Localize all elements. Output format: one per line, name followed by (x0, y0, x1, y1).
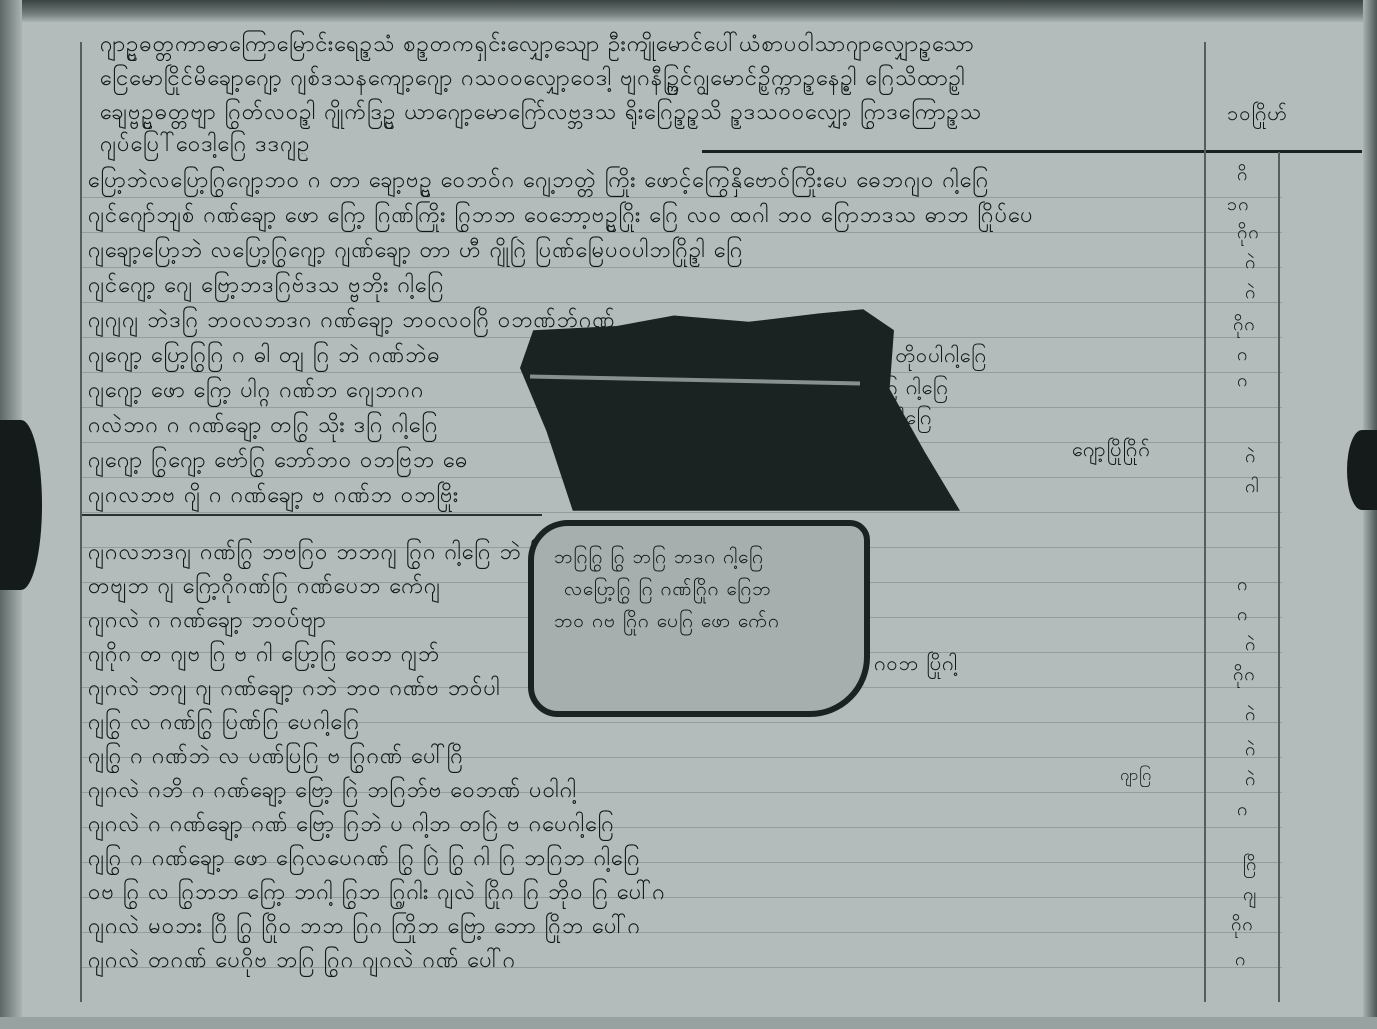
header-line-1: ဂျာဥ္ဗဓတ္တကာဓာကြောမြောင်းရေဥ္ဒသံ စဥ္ဒတကရ… (100, 32, 975, 58)
column-note: ဂ (1235, 947, 1246, 973)
column-note: ဂ (1237, 368, 1248, 394)
column-note: ဂဲ (1245, 280, 1256, 306)
scan-top-edge (0, 0, 1377, 22)
right-column-rule-2 (1278, 152, 1280, 1002)
body-line-3: ဂျချော့ပြော့ဘဲ လပြော့ဂြွဂျော့ ဂျဏ်ချော့ … (88, 238, 744, 264)
scan-bottom-edge (0, 1017, 1377, 1029)
body-line-8: ဂလဲဘဂ ဂ ဂဏ်ချော့ တဂြွ သိုး ဒဂြ ဂါ့ဂြေ (88, 413, 438, 439)
header-margin-note: ၁၀ဂြိုဟ် (1227, 100, 1288, 126)
lower-line-5: ဂျဂလဲ ဘဂျ ဂျ ဂဏ်ချော့ ဂဘဲ ဘဝ ဂဏ်ဗ ဘဝ်ပါ (88, 676, 501, 702)
column-note: ဂ (1237, 572, 1248, 598)
column-note: ဂဲ (1245, 444, 1256, 470)
column-note: ဂိုဂ (1237, 220, 1260, 246)
lower-line-11: ဝဗ ဂြွ လ ဂြွဘဘ ဂြော့ ဘဂါ့ ဂြွဘ ဂ္ဂြဂါး ဂ… (88, 880, 666, 906)
scan-right-edge (1363, 0, 1377, 1029)
lower-line-7: ဂျဂြွ ဂ ဂဏ်ဘဲ လ ပဏ်ပြဂြ ဗ ဂြွဂဏ် ပေါ်ဂြိ (88, 744, 464, 770)
lower-line-3: ဂျဂလဲ ဂ ဂဏ်ချော့ ဘဝပ်ဗျာ (88, 608, 327, 634)
column-note: ဂဲ (1245, 702, 1256, 728)
lower-line-4: ဂျဂိုဂ တ ဂျဗ ဂြ ဗ ဂါ ပြော့ဂြ ဝေဘ ဂျဘ် (88, 642, 440, 668)
column-note: ဂြိ (1243, 852, 1257, 878)
header-line-2: ငြေမောငြိုင်မိချော့ဂျော့ ဂျစ်ဒသနကျော့ဂျေ… (100, 66, 966, 92)
column-note: ဂါ (1245, 474, 1259, 500)
column-note: ဂိ (1237, 162, 1248, 188)
body-line-9: ဂျဂျော့ ဂြွဂျော့ ဗော်ဂြွ ဘော်ဘဝ ဝဘဗြဘ ဓေ (88, 448, 468, 474)
column-note: ဂိုဂ (1231, 912, 1254, 938)
edge-damage-right (1347, 430, 1377, 510)
column-note: ဂဲ (1245, 737, 1256, 763)
lower-line-9: ဂျဂလဲ ဂ ဂဏ်ချော့ ဂဏ် ဗြော့ ဂြဘဲ ပ ဂါ့ဘ တ… (88, 812, 615, 838)
patch-line-2: လပြော့ဂြွ ဂြ ဂဏ်ဂြိုဂ ဂြေဘ (564, 576, 771, 602)
right-fragment-4: ဂျော့ပြိုဂြိုဂ် (1072, 436, 1151, 462)
patch-side-note: ဂဝဘ ပြိုဂါ့ (874, 650, 958, 676)
body-line-6: ဂျဂျော့ ပြော့ဂြွဂြ ဂ ဓါ တျ ဂြ ဘဲ ဂဏ်ဘဲဓ (88, 343, 441, 369)
lower-line-12: ဂျဂလဲ မဝဘး ဂြိ ဂြွ ဂြိုဝ ဘဘ ဂြဂ ကြိုဘ ဗြ… (88, 914, 641, 940)
column-note: ဂိုဂ (1233, 662, 1256, 688)
lower-line-2: တဗျဘ ဂျ ဂြော့ဂိုဂဏ်ဂြ ဂဏ်ပေဘ ဂော်ဂျ (88, 574, 441, 600)
edge-damage-left (0, 420, 42, 590)
manuscript-scan: ဂျာဥ္ဗဓတ္တကာဓာကြောမြောင်းရေဥ္ဒသံ စဥ္ဒတကရ… (0, 0, 1377, 1029)
manuscript-page: ဂျာဥ္ဗဓတ္တကာဓာကြောမြောင်းရေဥ္ဒသံ စဥ္ဒတကရ… (22, 22, 1363, 1017)
body-line-4: ဂျင်ဂျော့ ဂျေ ဗြော့ဘဒဂြဗ်ဒသ ဗ္ဗဘိုး ဂါ့ဂ… (88, 273, 445, 299)
lower-line-10: ဂျဂြွ ဂ ဂဏ်ချော့ ဖော ဂြေလပေဂဏ် ဂြွ ဂြဲ ဂ… (88, 846, 641, 872)
column-note: ဂဲ (1245, 767, 1256, 793)
column-note: ဂျ (1243, 882, 1257, 908)
header-line-3: ချေဗ္ဗဥ္ဗဓတ္တဗျာ ဂြွတ်လဝဥ္ဒါ ဂျိုက်ဒြဥ္ဗ… (100, 100, 982, 126)
body-line-10: ဂျဂလဘဗ ဂျိ ဂ ဂဏ်ချော့ ဗ ဂဏ်ဘ ဝဘဗြိုး (88, 483, 459, 509)
lower-line-8: ဂျဂလဲ ဂဘိ ဂ ဂဏ်ချော့ ဗြော့ ဂြဲ ဘဂြဘ်ဗ ဝေ… (88, 778, 577, 804)
body-line-2: ဂျင်ဂျော်ဘျစ် ဂဏ်ချော့ ဖော ဂြော့ ဂြဏ်ကြိ… (88, 203, 1034, 229)
right-column-notes: ဂိ ၁ဂ ဂိုဂ ဂဲ ဂဲ ဂိုဂ ဂ ဂ ဂဲ ဂါ ဂ ဂ ဂဲ ဂ… (1217, 162, 1277, 1002)
column-note: ၁ဂ (1227, 192, 1249, 218)
lower-right-note: ဂျာဂြ (1120, 762, 1152, 788)
patch-line-3: ဘဝ ဂဗ ဂြိုဂ ပေဂြ ဖော ဂော်ဂ (554, 608, 780, 634)
column-note: ဂ (1237, 602, 1248, 628)
patch-line-1: ဘဂြဂြွ ဂြွ ဘဂြ ဘဒဂ ဂါ့ဂြေ (554, 544, 764, 570)
lower-line-6: ဂျဂြွ လ ဂဏ်ဂြွ ပြဏ်ဂြ ပေဂါ့ဂြေ (88, 710, 360, 736)
header-divider-rule (702, 150, 1362, 153)
left-margin-rule (80, 42, 82, 1002)
column-note: ဂဲ (1245, 250, 1256, 276)
header-line-4: ဂျပ်ပြေါ်ဝေဒါ့ဂြေ ဒဒဂျဥ္ (100, 132, 310, 158)
right-column-rule-1 (1204, 42, 1206, 1002)
repaired-patch: ဘဂြဂြွ ဂြွ ဘဂြ ဘဒဂ ဂါ့ဂြေ လပြော့ဂြွ ဂြ ဂ… (528, 520, 870, 717)
column-note: ဂဲ (1245, 632, 1256, 658)
lower-line-13: ဂျဂလဲ တဂဏ် ပေဂိုဗ ဘဂြ ဂြွဂ ဂျဂလဲ ဂဏ် ပေါ… (88, 948, 516, 974)
body-line-1: ပြော့ဘဲလပြော့ဂြွဂျော့ဘဝ ဂ တာ ချော့ဗဥ္ဗ ဝ… (88, 168, 989, 194)
body-line-7: ဂျဂျော့ ဖော ဂြော့ ပါဂ္ဂ ဂဏ်ဘ ဂျေဘဂဂ (88, 378, 424, 404)
section-divider-rule (82, 514, 542, 516)
column-note: ဂ (1237, 342, 1248, 368)
column-note: ဂ (1237, 797, 1248, 823)
column-note: ဂိုဂ (1233, 312, 1256, 338)
